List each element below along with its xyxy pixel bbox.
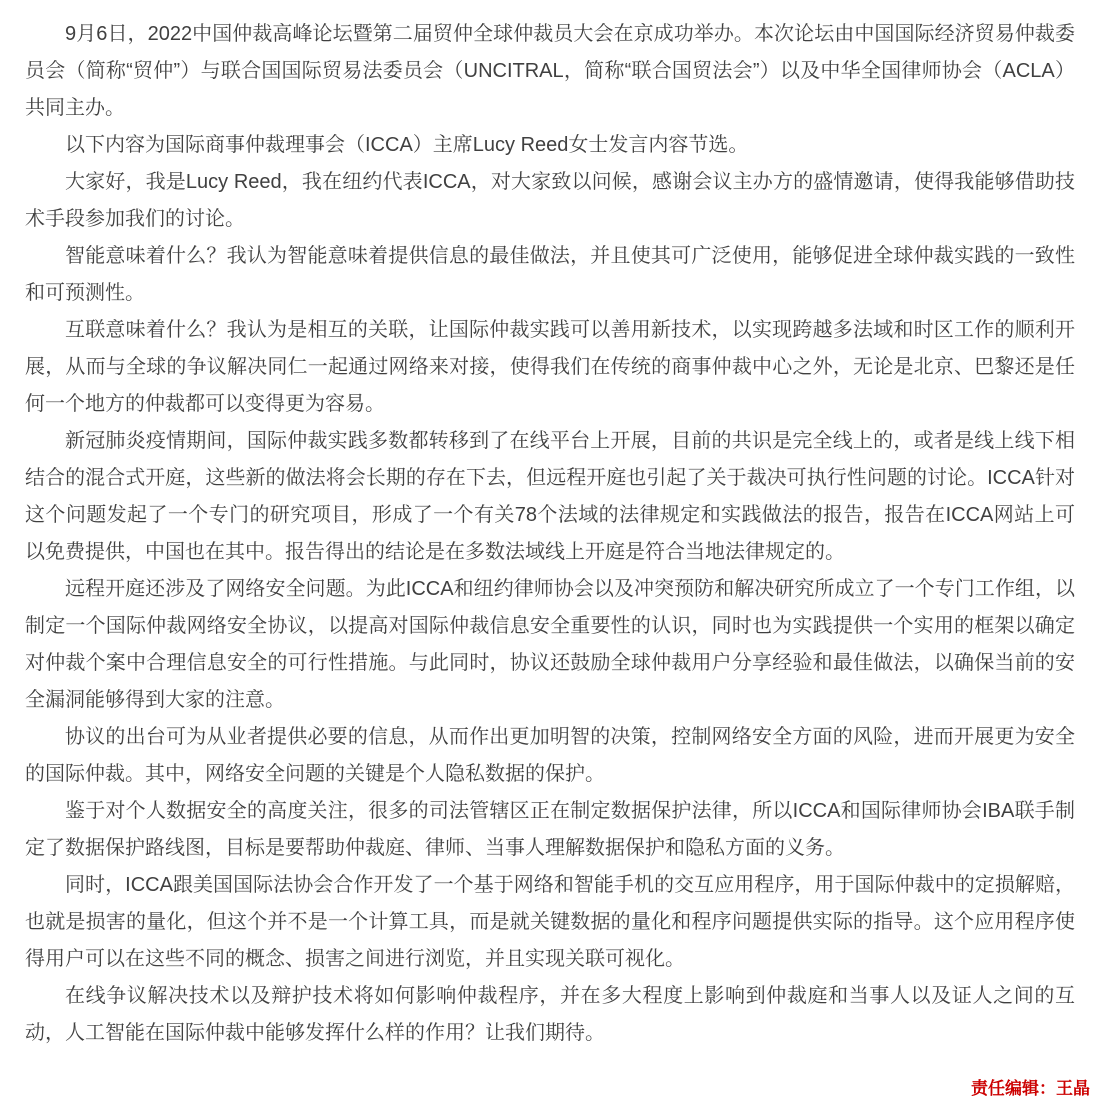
editor-credit-line: 责任编辑：王晶 bbox=[971, 1078, 1090, 1100]
paragraph-outlook: 在线争议解决技术以及辩护技术将如何影响仲裁程序，并在多大程度上影响到仲裁庭和当事… bbox=[25, 978, 1075, 1052]
paragraph-interconnection: 互联意味着什么？我认为是相互的关联，让国际仲裁实践可以善用新技术，以实现跨越多法… bbox=[25, 312, 1075, 423]
paragraph-intelligence: 智能意味着什么？我认为智能意味着提供信息的最佳做法，并且使其可广泛使用，能够促进… bbox=[25, 238, 1075, 312]
paragraph-speaker-note: 以下内容为国际商事仲裁理事会（ICCA）主席Lucy Reed女士发言内容节选。 bbox=[25, 127, 1075, 164]
paragraph-pandemic-online: 新冠肺炎疫情期间，国际仲裁实践多数都转移到了在线平台上开展，目前的共识是完全线上… bbox=[25, 423, 1075, 571]
paragraph-greeting: 大家好，我是Lucy Reed，我在纽约代表ICCA，对大家致以问候，感谢会议主… bbox=[25, 164, 1075, 238]
paragraph-protocol-benefits: 协议的出台可为从业者提供必要的信息，从而作出更加明智的决策，控制网络安全方面的风… bbox=[25, 719, 1075, 793]
paragraph-cybersecurity: 远程开庭还涉及了网络安全问题。为此ICCA和纽约律师协会以及冲突预防和解决研究所… bbox=[25, 571, 1075, 719]
paragraph-intro: 9月6日，2022中国仲裁高峰论坛暨第二届贸仲全球仲裁员大会在京成功举办。本次论… bbox=[25, 16, 1075, 127]
paragraph-damages-app: 同时，ICCA跟美国国际法协会合作开发了一个基于网络和智能手机的交互应用程序，用… bbox=[25, 867, 1075, 978]
article-page: 9月6日，2022中国仲裁高峰论坛暨第二届贸仲全球仲裁员大会在京成功举办。本次论… bbox=[0, 0, 1102, 1120]
editor-credit-text: 责任编辑：王晶 bbox=[971, 1079, 1090, 1098]
article-body: 9月6日，2022中国仲裁高峰论坛暨第二届贸仲全球仲裁员大会在京成功举办。本次论… bbox=[25, 16, 1075, 1052]
paragraph-data-protection: 鉴于对个人数据安全的高度关注，很多的司法管辖区正在制定数据保护法律，所以ICCA… bbox=[25, 793, 1075, 867]
